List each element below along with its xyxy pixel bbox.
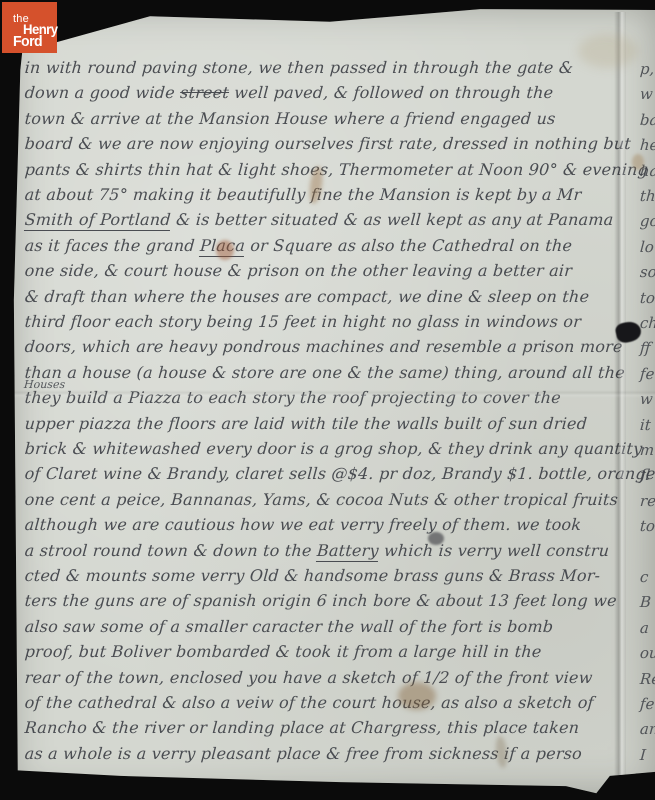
letter-text: as it faces the grand (24, 236, 201, 255)
letter-line: as a whole is a verry pleasant place & f… (24, 744, 583, 764)
logo-word-ford: Ford (13, 33, 42, 50)
letter-line: in with round paving stone, we then pass… (24, 58, 574, 78)
edge-fragment-text: Re (639, 670, 655, 688)
letter-line: of Claret wine & Brandy, claret sells @$… (24, 464, 655, 484)
letter-text: of Claret wine & Brandy, claret sells @$… (24, 464, 655, 483)
edge-fragment-text: ou (639, 644, 655, 662)
letter-line: at about 75° making it beautifully fine … (24, 185, 582, 205)
scan-viewer-background: in with round paving stone, we then pass… (0, 0, 655, 800)
letter-text: brick & whitewashed every door is a grog… (24, 439, 643, 458)
edge-fragment-text: m (639, 441, 654, 459)
edge-fragment-text: fe (639, 365, 655, 383)
letter-line: a strool round town & down to the Batter… (24, 541, 610, 561)
letter-line: than a house (a house & store are one & … (24, 363, 626, 383)
letter-line: upper piazza the floors are laid with ti… (24, 414, 588, 434)
edge-fragment-text: c (639, 568, 649, 586)
letter-line: they build a Piazza to each story the ro… (24, 388, 562, 408)
edge-fragment-text: p, (639, 60, 655, 78)
letter-line: ters the guns are of spanish origin 6 in… (24, 591, 617, 611)
stain (578, 34, 638, 68)
letter-text: pants & shirts thin hat & light shoes, T… (24, 160, 649, 179)
edge-fragment-text: an (639, 720, 655, 738)
edge-fragment-text: to (639, 289, 655, 307)
edge-fragment-text: th (639, 187, 655, 205)
letter-line: although we are cautious how we eat verr… (24, 515, 582, 535)
letter-text: as a whole is a verry pleasant place & f… (24, 744, 583, 763)
letter-text: also saw some of a smaller caracter the … (24, 617, 554, 636)
vertical-fold-crease (614, 12, 626, 792)
edge-fragment-text: fe (639, 695, 655, 713)
underlined-text: Battery (316, 541, 379, 562)
letter-text: one cent a peice, Bannanas, Yams, & coco… (24, 490, 619, 509)
letter-text: & is better situated & as well kept as a… (170, 210, 614, 229)
letter-text: board & we are now enjoying ourselves fi… (24, 134, 632, 153)
letter-text: down a good wide (24, 83, 181, 102)
letter-page: in with round paving stone, we then pass… (10, 6, 655, 794)
underlined-text: Placa (199, 236, 245, 257)
letter-text: of the cathedral & also a veiw of the co… (24, 693, 594, 712)
letter-line: & draft than where the houses are compac… (24, 287, 590, 307)
struck-text: street (180, 83, 230, 102)
edge-fragment-text: fl (639, 466, 650, 484)
edge-fragment-text: to (639, 517, 655, 535)
letter-text: although we are cautious how we eat verr… (24, 515, 582, 534)
letter-line: doors, which are heavy pondrous machines… (24, 337, 623, 357)
edge-fragment-text: w (639, 85, 653, 103)
edge-fragment-text: a (639, 619, 649, 637)
letter-line: one cent a peice, Bannanas, Yams, & coco… (24, 490, 619, 510)
edge-fragment-text: ha (639, 162, 655, 180)
letter-text: upper piazza the floors are laid with ti… (24, 414, 588, 433)
letter-line: brick & whitewashed every door is a grog… (24, 439, 643, 459)
letter-line: as it faces the grand Placa or Square as… (24, 236, 573, 256)
edge-fragment-text: so (639, 263, 655, 281)
edge-fragment-text: he (639, 136, 655, 154)
letter-line: rear of the town, enclosed you have a sk… (24, 668, 593, 688)
letter-text: at about 75° making it beautifully fine … (24, 185, 582, 204)
edge-fragment-text: lo (639, 238, 654, 256)
inserted-word: Houses (24, 378, 66, 391)
edge-fragment-text: w (639, 390, 653, 408)
letter-text: Rancho & the river or landing place at C… (24, 718, 580, 737)
letter-text: & draft than where the houses are compac… (24, 287, 590, 306)
letter-text: ters the guns are of spanish origin 6 in… (24, 591, 617, 610)
letter-text: cted & mounts some verry Old & handsome … (24, 566, 601, 585)
letter-text: they build a Piazza to each story the ro… (24, 388, 562, 407)
letter-line: also saw some of a smaller caracter the … (24, 617, 554, 637)
henry-ford-logo[interactable]: the Henry Ford (2, 2, 57, 53)
letter-line: town & arrive at the Mansion House where… (24, 109, 556, 129)
edge-fragment-text: I (639, 746, 646, 764)
letter-text: well paved, & followed on through the (228, 83, 554, 102)
letter-text: than a house (a house & store are one & … (24, 363, 625, 382)
letter-line: proof, but Boliver bombarded & took it f… (24, 642, 542, 662)
letter-text: in with round paving stone, we then pass… (24, 58, 574, 77)
edge-fragment-text: B (639, 593, 651, 611)
letter-line: down a good wide street well paved, & fo… (24, 83, 554, 103)
letter-text: which is verry well constru (378, 541, 610, 560)
letter-line: Rancho & the river or landing place at C… (24, 718, 580, 738)
letter-text: doors, which are heavy pondrous machines… (24, 337, 623, 356)
edge-fragment-text: it (639, 416, 651, 434)
letter-text: third floor each story being 15 feet in … (24, 312, 582, 331)
edge-fragment-text: go (639, 212, 655, 230)
letter-text: town & arrive at the Mansion House where… (24, 109, 556, 128)
letter-text: or Square as also the Cathedral on the (244, 236, 572, 255)
letter-text: one side, & court house & prison on the … (24, 261, 573, 280)
letter-line: pants & shirts thin hat & light shoes, T… (24, 160, 649, 180)
edge-fragment-text: re (639, 492, 655, 510)
letter-text: rear of the town, enclosed you have a sk… (24, 668, 593, 687)
edge-fragment-text: ff (639, 339, 651, 357)
letter-line: Smith of Portland & is better situated &… (24, 210, 614, 230)
letter-line: third floor each story being 15 feet in … (24, 312, 582, 332)
edge-fragment-text: ba (639, 111, 655, 129)
letter-text: proof, but Boliver bombarded & took it f… (24, 642, 542, 661)
letter-line: board & we are now enjoying ourselves fi… (24, 134, 632, 154)
letter-text: a strool round town & down to the (24, 541, 318, 560)
edge-fragment-text: ch (639, 314, 655, 332)
letter-line: one side, & court house & prison on the … (24, 261, 573, 281)
underlined-text: Smith of Portland (24, 210, 172, 231)
letter-line: of the cathedral & also a veiw of the co… (24, 693, 594, 713)
letter-line: cted & mounts some verry Old & handsome … (24, 566, 601, 586)
